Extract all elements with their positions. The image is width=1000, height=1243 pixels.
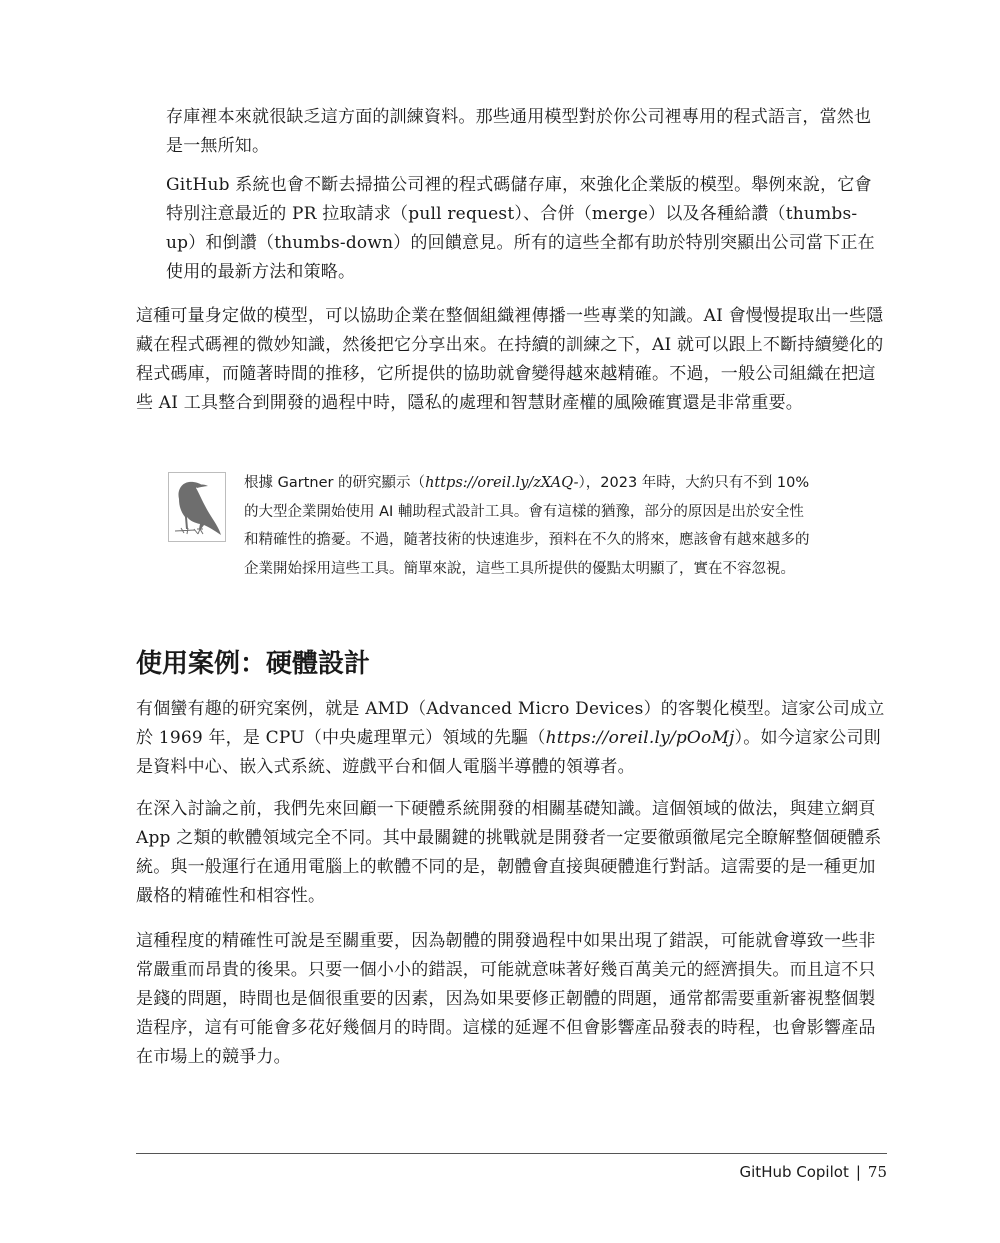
note-text: 根據 Gartner 的研究顯示（https://oreil.ly/zXAQ-）… [244, 469, 814, 583]
page-footer: GitHub Copilot|75 [740, 1160, 887, 1184]
paragraph-github-scanning: GitHub 系統也會不斷去掃描公司裡的程式碼儲存庫，來強化企業版的模型。舉例來… [166, 171, 888, 287]
footer-separator: | [856, 1163, 861, 1181]
paragraph-training-data: 存庫裡本來就很缺乏這方面的訓練資料。那些通用模型對於你公司裡專用的程式語言，當然… [166, 103, 888, 161]
note-text-before-url: 根據 Gartner 的研究顯示（ [244, 475, 425, 491]
note-callout: 根據 Gartner 的研究顯示（https://oreil.ly/zXAQ-）… [168, 469, 818, 614]
book-page: 存庫裡本來就很缺乏這方面的訓練資料。那些通用模型對於你公司裡專用的程式語言，當然… [0, 0, 1000, 1243]
paragraph-precision-importance: 這種程度的精確性可說是至關重要，因為韌體的開發過程中如果出現了錯誤，可能就會導致… [136, 927, 888, 1072]
crow-icon [168, 472, 226, 542]
section-heading: 使用案例：硬體設計 [136, 646, 370, 682]
footer-book-title: GitHub Copilot [740, 1163, 849, 1181]
note-link-gartner[interactable]: https://oreil.ly/zXAQ- [425, 475, 578, 491]
page-number: 75 [868, 1163, 887, 1181]
paragraph-hardware-basics: 在深入討論之前，我們先來回顧一下硬體系統開發的相關基礎知識。這個領域的做法，與建… [136, 795, 888, 911]
paragraph-custom-models: 這種可量身定做的模型，可以協助企業在整個組織裡傳播一些專業的知識。AI 會慢慢提… [136, 302, 888, 418]
paragraph-amd-case: 有個蠻有趣的研究案例，就是 AMD（Advanced Micro Devices… [136, 695, 888, 782]
link-amd[interactable]: https://oreil.ly/pOoMj [546, 728, 735, 748]
footer-divider [136, 1153, 887, 1154]
